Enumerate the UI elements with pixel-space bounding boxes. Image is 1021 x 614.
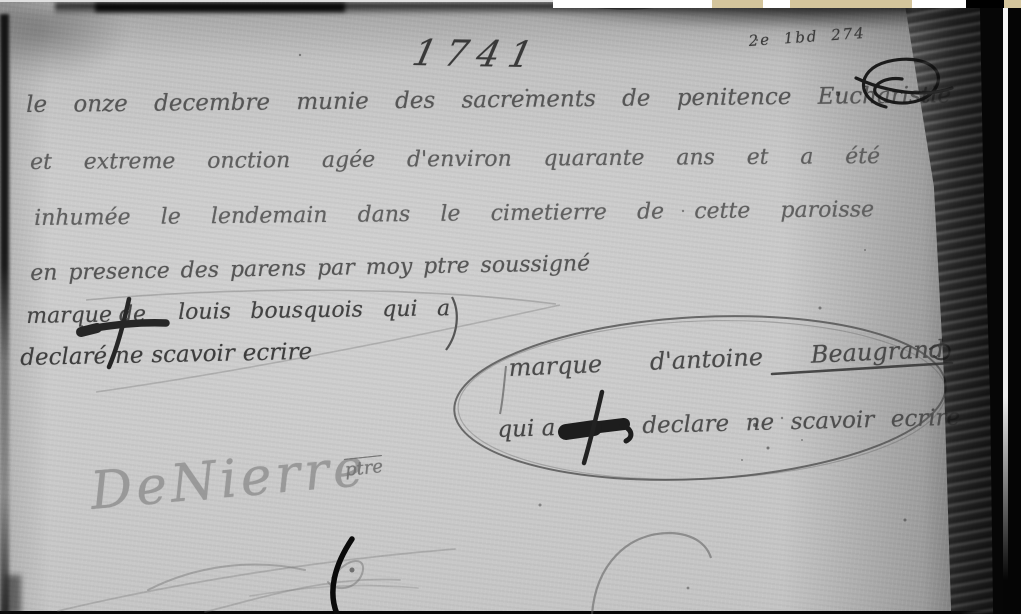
toolbar-fragment-middle[interactable] — [790, 0, 912, 8]
toolbar-gap-dark — [966, 0, 1004, 8]
page-top-edge-dark-band — [95, 3, 345, 12]
priest-title-abbreviation: ptre — [344, 456, 384, 481]
paper-smudge-top-left — [4, 10, 129, 82]
screenshot-root: 1741 2e 1bd 274 le onze decembre munie d… — [0, 0, 1021, 614]
top-hairline — [0, 0, 553, 2]
record-line-5-prefix: marque de — [26, 302, 146, 329]
page-bottom-left-smudge — [5, 575, 21, 614]
circled-note-line-2-prefix: qui a — [497, 415, 556, 443]
top-chrome-strip — [553, 0, 1021, 8]
page-left-edge-shadow — [0, 14, 9, 614]
record-line-5-name: louis bousquois qui a — [178, 296, 450, 325]
scan-gutter-highlight — [1003, 8, 1008, 580]
toolbar-fragment-right[interactable] — [1004, 0, 1021, 8]
year-heading: 1741 — [409, 33, 546, 76]
toolbar-fragment-left[interactable] — [712, 0, 763, 8]
